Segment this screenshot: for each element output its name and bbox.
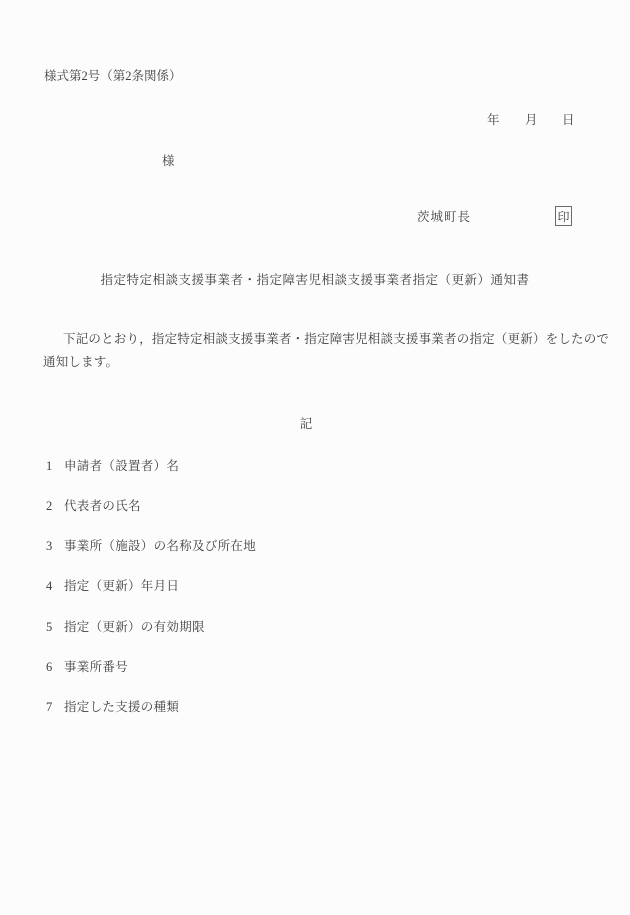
item-number: 5 (44, 620, 64, 635)
seal-box: 印 (555, 206, 572, 226)
item-number: 2 (44, 499, 64, 514)
numbered-item: 5指定（更新）の有効期限 (44, 617, 205, 635)
item-label: 指定（更新）の有効期限 (64, 620, 205, 634)
document-page: 様式第2号（第2条関係） 年 月 日 様 茨城町長 印 指定特定相談支援事業者・… (0, 0, 630, 915)
issuer-name: 茨城町長 (417, 207, 471, 225)
item-number: 3 (44, 539, 64, 554)
date-month-label: 月 (525, 110, 538, 128)
date-year-label: 年 (487, 110, 500, 128)
item-number: 4 (44, 579, 64, 594)
numbered-item: 7指定した支援の種類 (44, 697, 179, 715)
record-marker: 記 (0, 414, 612, 432)
item-label: 代表者の氏名 (64, 499, 141, 513)
item-label: 指定（更新）年月日 (64, 579, 179, 593)
item-number: 1 (44, 459, 64, 474)
numbered-item: 2代表者の氏名 (44, 496, 141, 514)
numbered-item: 1申請者（設置者）名 (44, 456, 179, 474)
numbered-item: 6事業所番号 (44, 657, 128, 675)
item-number: 7 (44, 700, 64, 715)
item-number: 6 (44, 660, 64, 675)
item-label: 事業所番号 (64, 660, 128, 674)
date-day-label: 日 (562, 110, 575, 128)
form-number-label: 様式第2号（第2条関係） (44, 66, 182, 84)
numbered-item: 3事業所（施設）の名称及び所在地 (44, 536, 256, 554)
body-paragraph-line-1: 下記のとおり，指定特定相談支援事業者・指定障害児相談支援事業者の指定（更新）をし… (63, 329, 609, 347)
body-paragraph-line-2: 通知します。 (43, 352, 118, 370)
seal-label: 印 (557, 208, 569, 225)
numbered-item: 4指定（更新）年月日 (44, 576, 179, 594)
document-title: 指定特定相談支援事業者・指定障害児相談支援事業者指定（更新）通知書 (0, 270, 630, 288)
item-label: 事業所（施設）の名称及び所在地 (64, 539, 256, 553)
item-label: 指定した支援の種類 (64, 700, 179, 714)
item-label: 申請者（設置者）名 (64, 459, 179, 473)
addressee-honorific: 様 (162, 151, 175, 169)
